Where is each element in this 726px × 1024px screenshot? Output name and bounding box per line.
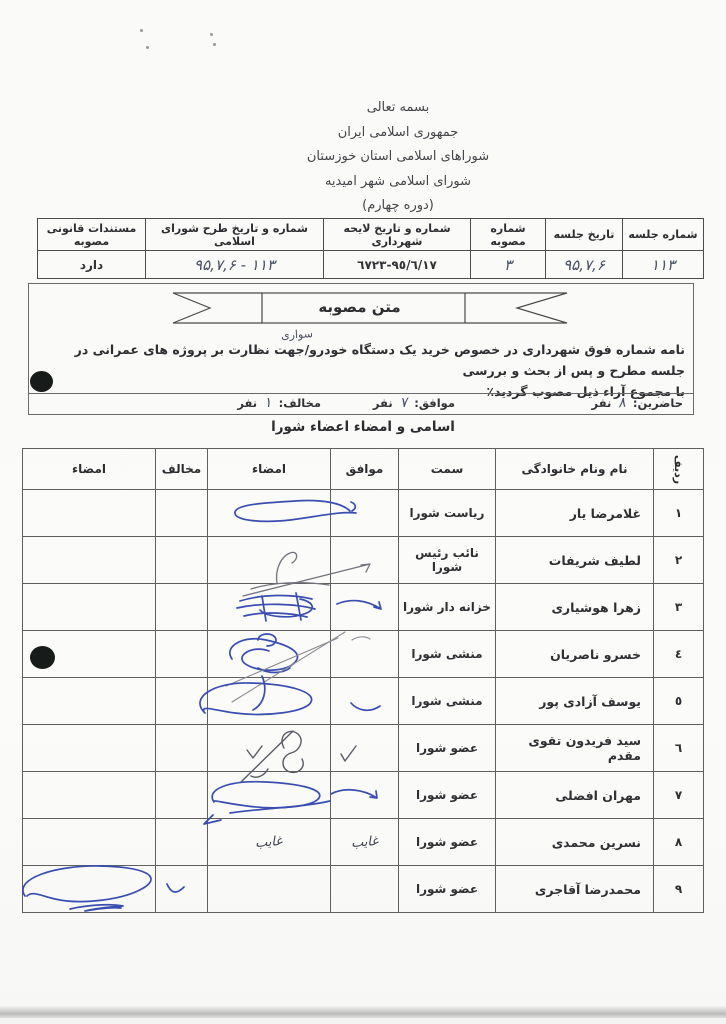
meta-value-row: ۱۱۳ ۹۵,۷,۶ ۳ ٩٥/٦/١٧-٦٧٢٣ ۱۱۳ - ۹۵,۷,۶ د… (38, 251, 704, 279)
member-name-cell: زهرا هوشیاری (496, 584, 654, 631)
resolution-box: متن مصوبه سواری نامه شماره فوق شهرداری د… (28, 283, 694, 415)
meta-value-cell: ٩٥/٦/١٧-٦٧٢٣ (324, 251, 471, 279)
header-signature-2: امضاء (23, 449, 156, 490)
signature-cell-2 (23, 866, 156, 913)
member-row: ٢ لطیف شریفات نائب رئیس شورا (23, 537, 704, 584)
member-name-cell: سید فریدون تقوی مقدم (496, 725, 654, 772)
meta-header-cell: شماره و تاریخ طرح شورای اسلامی (146, 219, 324, 251)
member-position-cell: عضو شورا (399, 819, 496, 866)
signature-cell-2 (23, 584, 156, 631)
signature-cell (208, 678, 331, 725)
oppose-cell (156, 584, 208, 631)
signature-cell (208, 584, 331, 631)
letterhead-line: بسمه تعالی (198, 96, 598, 121)
row-number-cell: ٩ (654, 866, 704, 913)
attendance-oppose: مخالف: ۱ نفر (237, 394, 321, 413)
meta-header-cell: شماره مصوبه (471, 219, 546, 251)
row-number-cell: ٣ (654, 584, 704, 631)
letterhead: بسمه تعالی جمهوری اسلامی ایران شوراهای ا… (198, 96, 598, 219)
oppose-cell (156, 490, 208, 537)
member-row: ٤ خسرو ناصریان منشی شورا (23, 631, 704, 678)
agree-cell (331, 866, 399, 913)
letterhead-line: شورای اسلامی شهر امیدیه (198, 170, 598, 195)
header-oppose: مخالف (156, 449, 208, 490)
oppose-cell (156, 725, 208, 772)
meta-table: شماره جلسه تاریخ جلسه شماره مصوبه شماره … (37, 218, 704, 279)
member-position-cell: منشی شورا (399, 678, 496, 725)
member-name-cell: نسرین محمدی (496, 819, 654, 866)
meta-header-cell: مستندات قانونی مصوبه (38, 219, 146, 251)
agree-cell (331, 678, 399, 725)
row-number-cell: ٧ (654, 772, 704, 819)
signature-cell-2 (23, 490, 156, 537)
row-number-cell: ٦ (654, 725, 704, 772)
row-number-cell: ٤ (654, 631, 704, 678)
signature-cell (208, 537, 331, 584)
member-position-cell: عضو شورا (399, 725, 496, 772)
present-unit: نفر (592, 396, 612, 410)
member-name-cell: یوسف آزادی پور (496, 678, 654, 725)
signature-cell-2 (23, 725, 156, 772)
oppose-cell (156, 678, 208, 725)
member-row: ٦ سید فریدون تقوی مقدم عضو شورا (23, 725, 704, 772)
resolution-text-line-1: نامه شماره فوق شهرداری در خصوص خرید یک د… (39, 339, 685, 381)
agree-cell (331, 584, 399, 631)
meta-header-cell: شماره و تاریخ لایحه شهرداری (324, 219, 471, 251)
signature-cell-2 (23, 678, 156, 725)
oppose-cell (156, 819, 208, 866)
agree-unit: نفر (373, 396, 393, 410)
attendance-agree: موافق: ۷ نفر (373, 394, 455, 413)
banner-title: متن مصوبه (258, 292, 461, 322)
member-row: ١ غلامرضا یار ریاست شورا (23, 490, 704, 537)
header-signature: امضاء (208, 449, 331, 490)
letterhead-line: شوراهای اسلامی استان خوزستان (198, 145, 598, 170)
member-position-cell: نائب رئیس شورا (399, 537, 496, 584)
agree-cell (331, 490, 399, 537)
agree-cell (331, 772, 399, 819)
attendance-present: حاضرین: ۸ نفر (592, 394, 683, 413)
agree-value-handwritten: ۷ (396, 393, 411, 413)
meta-header-cell: تاریخ جلسه (546, 219, 623, 251)
oppose-cell (156, 866, 208, 913)
member-row: ٨ نسرین محمدی عضو شورا غایب غایب (23, 819, 704, 866)
member-name-cell: غلامرضا یار (496, 490, 654, 537)
member-row: ٣ زهرا هوشیاری خزانه دار شورا (23, 584, 704, 631)
header-name: نام ونام خانوادگی (496, 449, 654, 490)
members-header-row: ردیف نام ونام خانوادگی سمت موافق امضاء م… (23, 449, 704, 490)
member-row: ٧ مهران افضلی عضو شورا (23, 772, 704, 819)
signature-cell-2 (23, 772, 156, 819)
oppose-label: مخالف: (279, 396, 321, 410)
member-position-cell: خزانه دار شورا (399, 584, 496, 631)
agree-cell (331, 631, 399, 678)
row-number-cell: ٨ (654, 819, 704, 866)
agree-label: موافق: (414, 396, 455, 410)
member-row: ٩ محمدرضا آقاجری عضو شورا (23, 866, 704, 913)
member-position-cell: عضو شورا (399, 866, 496, 913)
member-name-cell: محمدرضا آقاجری (496, 866, 654, 913)
scanned-council-resolution-page: بسمه تعالی جمهوری اسلامی ایران شوراهای ا… (0, 0, 726, 1024)
ink-speck (140, 29, 143, 32)
meta-value-cell: دارد (38, 251, 146, 279)
present-value-handwritten: ۸ (614, 393, 629, 413)
row-number-cell: ١ (654, 490, 704, 537)
ink-speck (146, 46, 149, 49)
row-number-cell: ٥ (654, 678, 704, 725)
oppose-cell (156, 631, 208, 678)
signature-cell (208, 490, 331, 537)
member-name-cell: خسرو ناصریان (496, 631, 654, 678)
signature-cell-2 (23, 819, 156, 866)
header-position: سمت (399, 449, 496, 490)
signature-cell (208, 772, 331, 819)
meta-value-cell: ۹۵,۷,۶ (546, 251, 623, 279)
oppose-value-handwritten: ۱ (260, 393, 275, 413)
members-table: ردیف نام ونام خانوادگی سمت موافق امضاء م… (22, 448, 704, 913)
agree-cell: غایب (331, 819, 399, 866)
ink-speck (213, 43, 216, 46)
letterhead-line: جمهوری اسلامی ایران (198, 121, 598, 146)
signature-cell-2 (23, 537, 156, 584)
member-position-cell: ریاست شورا (399, 490, 496, 537)
meta-header-row: شماره جلسه تاریخ جلسه شماره مصوبه شماره … (38, 219, 704, 251)
meta-value-cell: ۳ (471, 251, 546, 279)
oppose-unit: نفر (237, 396, 257, 410)
present-label: حاضرین: (633, 396, 683, 410)
agree-cell (331, 537, 399, 584)
oppose-cell (156, 772, 208, 819)
members-section-title: اسامی و امضاء اعضاء شورا (0, 419, 726, 435)
scan-edge-shadow (0, 1006, 726, 1018)
letterhead-line: (دوره چهارم) (198, 194, 598, 219)
member-name-cell: مهران افضلی (496, 772, 654, 819)
member-position-cell: عضو شورا (399, 772, 496, 819)
signature-cell (208, 866, 331, 913)
oppose-cell (156, 537, 208, 584)
signature-cell (208, 725, 331, 772)
header-row-no: ردیف (654, 449, 704, 490)
meta-value-cell: ۱۱۳ - ۹۵,۷,۶ (146, 251, 324, 279)
row-number-cell: ٢ (654, 537, 704, 584)
member-name-cell: لطیف شریفات (496, 537, 654, 584)
attendance-row: حاضرین: ۸ نفر موافق: ۷ نفر مخالف: ۱ نفر (29, 393, 693, 414)
member-position-cell: منشی شورا (399, 631, 496, 678)
ink-speck (210, 33, 213, 36)
meta-header-cell: شماره جلسه (623, 219, 704, 251)
hole-punch-bottom (30, 646, 55, 669)
header-agree: موافق (331, 449, 399, 490)
signature-cell: غایب (208, 819, 331, 866)
meta-value-cell: ۱۱۳ (623, 251, 704, 279)
member-row: ٥ یوسف آزادی پور منشی شورا (23, 678, 704, 725)
signature-cell (208, 631, 331, 678)
hole-punch-top (30, 371, 53, 392)
agree-cell (331, 725, 399, 772)
scan-edge-bottom (0, 1018, 726, 1024)
